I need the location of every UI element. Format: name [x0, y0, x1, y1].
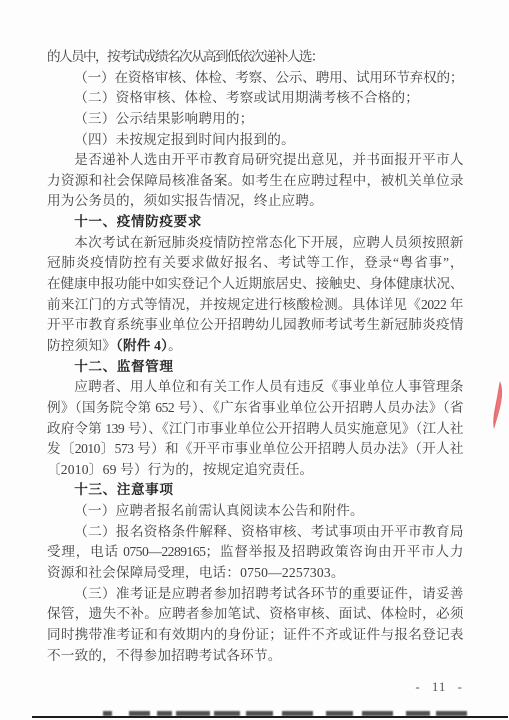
text-segment: 。 [168, 338, 182, 353]
text-line: 〔2010〕69 号）行为的，按规定追究责任。 [47, 460, 463, 481]
section-heading-11: 十一、疫情防疫要求 [47, 212, 463, 233]
text-line: 前来江门的方式等情况，并按规定进行核酸检测。具体详见《2022 年 [47, 295, 463, 316]
text-segment: 防控须知》 [47, 338, 116, 353]
red-pen-stroke [487, 379, 507, 431]
text-line: 不一致的，不得参加招聘考试各环节。 [47, 646, 463, 667]
text-line: 受理，电话 0750—2289165；监督举报及招聘政策咨询由开平市人力 [47, 542, 463, 563]
text-line: 例》（国务院令第 652 号）、《广东省事业单位公开招聘人员办法》（省 [47, 398, 463, 419]
scan-edge-line [32, 716, 508, 718]
text-line: 政府令第 139 号）、《江门市事业单位公开招聘人员实施意见》（江人社 [47, 419, 463, 440]
document-body: 的人员中，按考试成绩名次从高到低依次递补人选： （一）在资格审核、体检、考察、公… [47, 47, 463, 666]
text-line: （二）资格审核、体检、考察或试用期满考核不合格的； [47, 88, 463, 109]
text-line: （三）准考证是应聘者参加招聘考试各环节的重要证件，请妥善 [47, 584, 463, 605]
text-line: （一）应聘者报名前需认真阅读本公告和附件。 [47, 501, 463, 522]
scanned-document-page: 的人员中，按考试成绩名次从高到低依次递补人选： （一）在资格审核、体检、考察、公… [0, 0, 509, 720]
text-line: 同时携带准考证和有效期内的身份证；证件不齐或证件与报名登记表 [47, 625, 463, 646]
text-line: 资源和社会保障局受理，电话：0750—2257303。 [47, 563, 463, 584]
text-line: 冠肺炎疫情防控有关要求做好报名、考试等工作，登录“粤省事”， [47, 253, 463, 274]
text-line: 开平市教育系统事业单位公开招聘幼儿园教师考试考生新冠肺炎疫情 [47, 315, 463, 336]
text-line: （二）报名资格条件解释、资格审核、考试事项由开平市教育局 [47, 522, 463, 543]
section-heading-12: 十二、监督管理 [47, 357, 463, 378]
attachment-reference: （附件 4） [116, 338, 168, 353]
text-line: （三）公示结果影响聘用的； [47, 109, 463, 130]
text-line: （四）未按规定报到时间内报到的。 [47, 130, 463, 151]
text-line: 是否递补人选由开平市教育局研究提出意见，并书面报开平市人 [47, 150, 463, 171]
text-line: 防控须知》（附件 4）。 [47, 336, 463, 357]
text-line: 力资源和社会保障局核准备案。如考生在应聘过程中，被机关单位录 [47, 171, 463, 192]
text-line: （一）在资格审核、体检、考察、公示、聘用、试用环节弃权的； [47, 68, 463, 89]
page-number: - 11 - [415, 679, 463, 695]
text-line: 保管，遗失不补。应聘者参加笔试、资格审核、面试、体检时，必须 [47, 604, 463, 625]
text-line: 用为公务员的，须如实报告情况，终止应聘。 [47, 191, 463, 212]
text-line: 在健康申报功能中如实登记个人近期旅居史、接触史、身体健康状况、 [47, 274, 463, 295]
text-line: 应聘者、用人单位和有关工作人员有违反《事业单位人事管理条 [47, 377, 463, 398]
text-line: 本次考试在新冠肺炎疫情防控常态化下开展，应聘人员须按照新 [47, 233, 463, 254]
text-line: 发〔2010〕573 号）和《开平市事业单位公开招聘人员办法》（开人社 [47, 439, 463, 460]
section-heading-13: 十三、注意事项 [47, 480, 463, 501]
text-line: 的人员中，按考试成绩名次从高到低依次递补人选： [47, 47, 463, 68]
